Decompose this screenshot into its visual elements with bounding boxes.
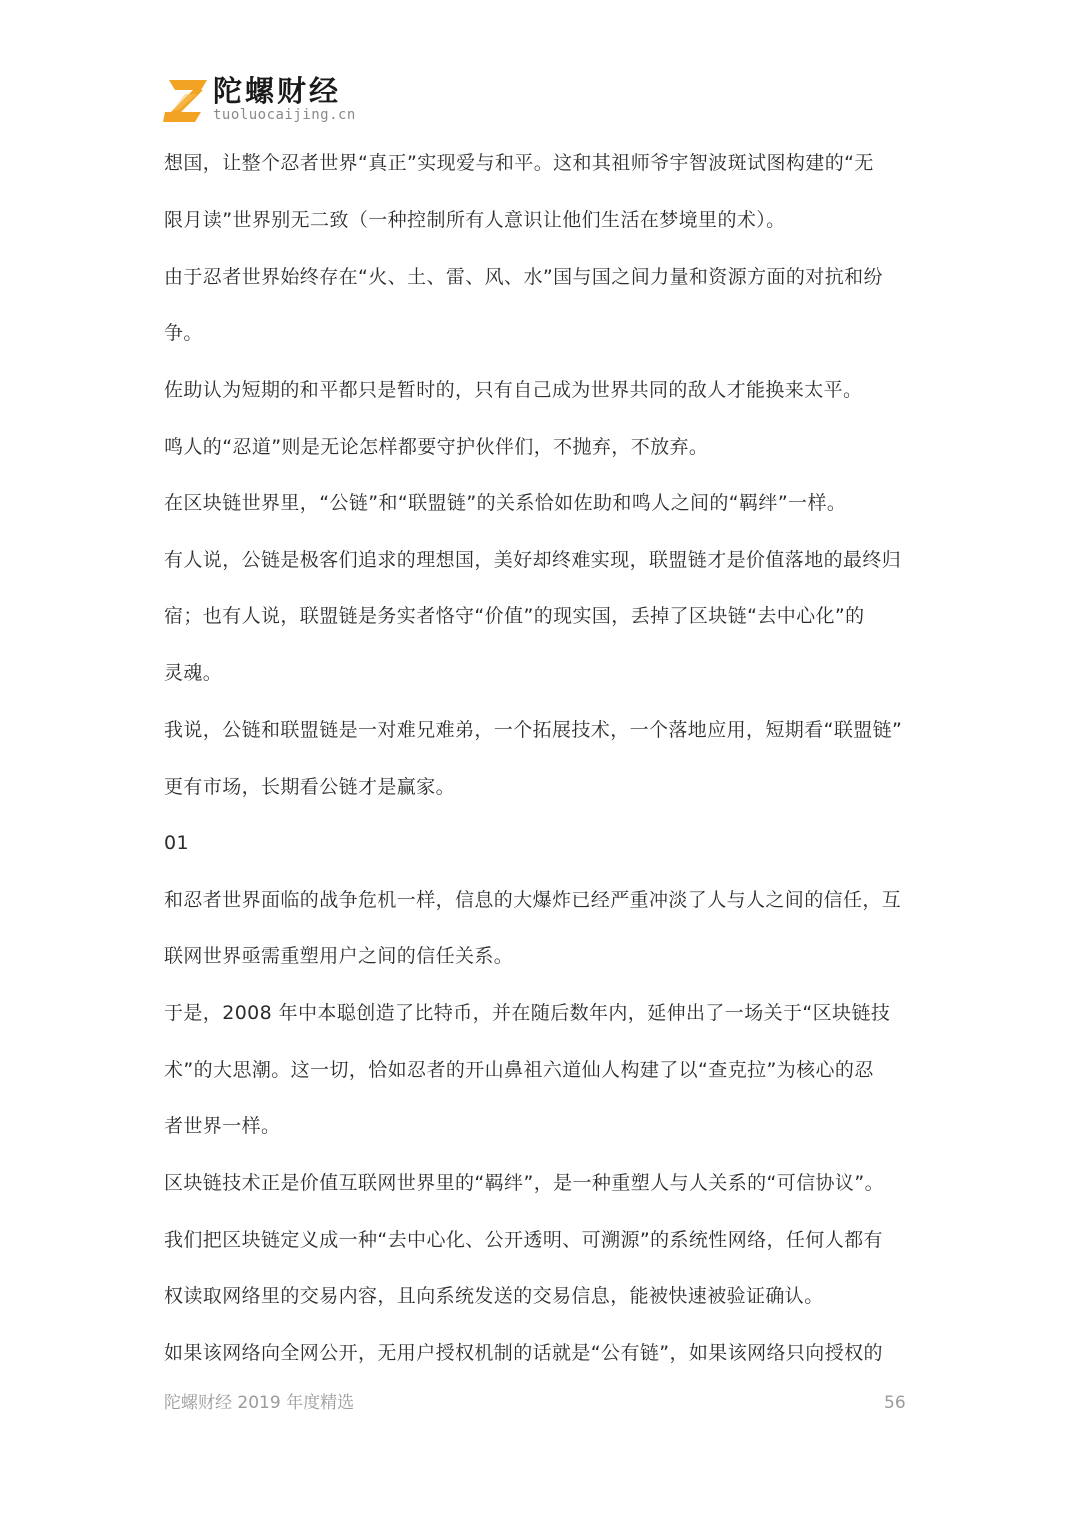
text-line: 由于忍者世界始终存在“火、土、雷、风、水”国与国之间力量和资源方面的对抗和纷: [164, 265, 883, 289]
text-line: 我们把区块链定义成一种“去中心化、公开透明、可溯源”的系统性网络，任何人都有: [164, 1228, 883, 1252]
text-line: 于是，2008 年中本聪创造了比特币，并在随后数年内，延伸出了一场关于“区块链技: [164, 1001, 890, 1025]
text-line: 在区块链世界里，“公链”和“联盟链”的关系恰如佐助和鸣人之间的“羁绊”一样。: [164, 491, 846, 515]
text-line: 者世界一样。: [164, 1114, 280, 1138]
text-line: 更有市场，长期看公链才是赢家。: [164, 775, 455, 799]
text-line: 争。: [164, 321, 203, 345]
section-number: 01: [164, 831, 189, 855]
text-line: 佐助认为短期的和平都只是暂时的，只有自己成为世界共同的敌人才能换来太平。: [164, 378, 862, 402]
brand-name-cn: 陀螺财经: [213, 76, 356, 106]
text-line: 宿；也有人说，联盟链是务实者恪守“价值”的现实国，丢掉了区块链“去中心化”的: [164, 604, 865, 628]
text-line: 联网世界亟需重塑用户之间的信任关系。: [164, 944, 513, 968]
z-logo-icon: [163, 76, 209, 122]
text-line: 灵魂。: [164, 661, 222, 685]
footer-publication: 陀螺财经 2019 年度精选: [164, 1392, 354, 1414]
brand-domain: tuoluocaijing.cn: [213, 107, 356, 123]
text-line: 限月读”世界别无二致（一种控制所有人意识让他们生活在梦境里的术）。: [164, 208, 786, 232]
text-line: 想国，让整个忍者世界“真正”实现爱与和平。这和其祖师爷宇智波斑试图构建的“无: [164, 151, 874, 175]
text-line: 区块链技术正是价值互联网世界里的“羁绊”，是一种重塑人与人关系的“可信协议”。: [164, 1171, 884, 1195]
text-line: 术”的大思潮。这一切，恰如忍者的开山鼻祖六道仙人构建了以“查克拉”为核心的忍: [164, 1058, 874, 1082]
text-line: 我说，公链和联盟链是一对难兄难弟，一个拓展技术，一个落地应用，短期看“联盟链”: [164, 718, 902, 742]
text-line: 和忍者世界面临的战争危机一样，信息的大爆炸已经严重冲淡了人与人之间的信任，互: [164, 888, 901, 912]
document-page: 陀螺财经 tuoluocaijing.cn 想国，让整个忍者世界“真正”实现爱与…: [0, 0, 1080, 1527]
brand-logo: 陀螺财经 tuoluocaijing.cn: [163, 74, 356, 124]
logo-text: 陀螺财经 tuoluocaijing.cn: [213, 76, 356, 123]
text-line: 鸣人的“忍道”则是无论怎样都要守护伙伴们，不抛弃，不放弃。: [164, 435, 708, 459]
text-line: 如果该网络向全网公开，无用户授权机制的话就是“公有链”，如果该网络只向授权的: [164, 1341, 883, 1365]
text-line: 权读取网络里的交易内容，且向系统发送的交易信息，能被快速被验证确认。: [164, 1284, 824, 1308]
text-line: 有人说，公链是极客们追求的理想国，美好却终难实现，联盟链才是价值落地的最终归: [164, 548, 901, 572]
page-number: 56: [884, 1392, 906, 1414]
